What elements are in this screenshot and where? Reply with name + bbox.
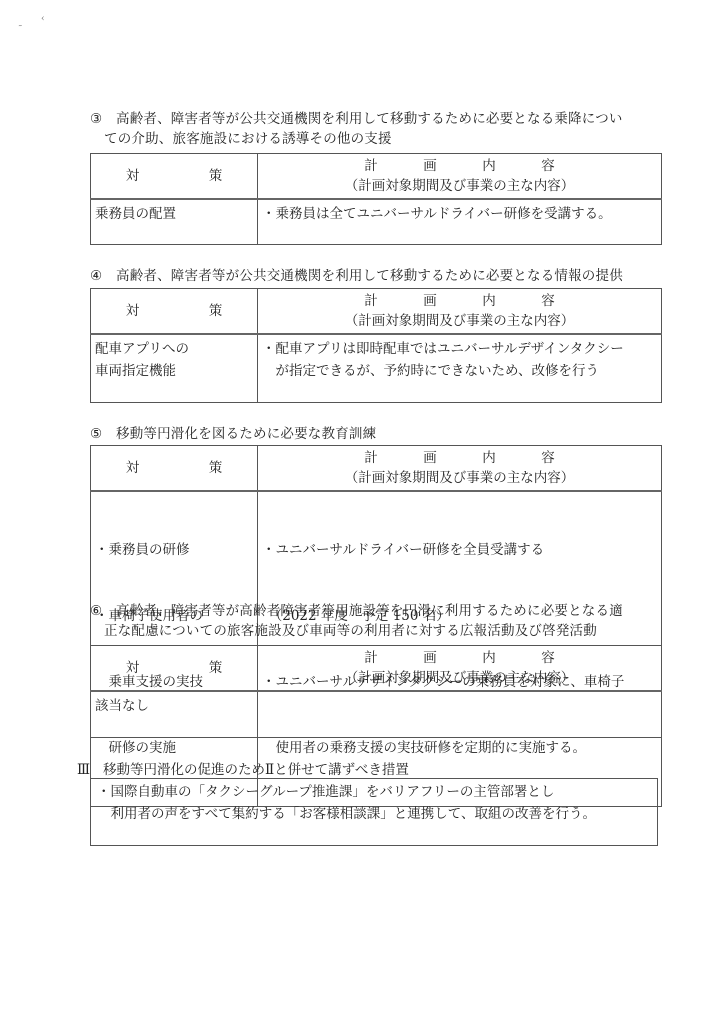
header-measure: 対 策 <box>91 154 258 200</box>
section-number: ④ <box>90 266 116 286</box>
section-iii-line: ・国際自動車の「タクシーグループ推進課」をバリアフリーの主管部署とし <box>97 781 651 803</box>
section-5-heading: ⑤移動等円滑化を図るために必要な教育訓練 <box>90 424 690 444</box>
section-4-table: 対 策 計 画 内 容 （計画対象期間及び事業の主な内容） 配車アプリへの 車両… <box>90 288 662 403</box>
section-number: ③ <box>90 109 116 129</box>
section-title-line1: 高齢者、障害者等が公共交通機関を利用して移動するために必要となる情報の提供 <box>116 268 623 284</box>
section-number: ⑥ <box>90 601 116 621</box>
section-3-table: 対 策 計 画 内 容 （計画対象期間及び事業の主な内容） 乗務員の配置 ・乗務… <box>90 153 662 245</box>
header-plan-content: 計 画 内 容 （計画対象期間及び事業の主な内容） <box>258 289 662 335</box>
content-cell: ・配車アプリは即時配車ではユニバーサルデザインタクシー が指定できるが、予約時に… <box>258 334 662 402</box>
header-plan-content: 計 画 内 容 （計画対象期間及び事業の主な内容） <box>258 154 662 200</box>
content-cell: ・乗務員は全てユニバーサルドライバー研修を受講する。 <box>258 199 662 244</box>
measure-cell: 配車アプリへの 車両指定機能 <box>91 334 258 402</box>
scan-artifact-mark: ˜ <box>18 25 23 35</box>
section-6-table: 対 策 計 画 内 容 （計画対象期間及び事業の主な内容） 該当なし <box>90 645 662 738</box>
section-iii-heading: Ⅲ移動等円滑化の促進のためⅡと併せて講ずべき措置 <box>77 760 409 780</box>
section-3-heading: ③高齢者、障害者等が公共交通機関を利用して移動するために必要となる乗降につい て… <box>90 109 690 149</box>
section-iii-box: ・国際自動車の「タクシーグループ推進課」をバリアフリーの主管部署とし 利用者の声… <box>90 778 658 846</box>
section-title-line1: 移動等円滑化を図るために必要な教育訓練 <box>116 426 376 442</box>
table-row: 該当なし <box>91 691 662 737</box>
section-title: 移動等円滑化の促進のためⅡと併せて講ずべき措置 <box>103 762 409 778</box>
content-cell <box>258 691 662 737</box>
section-6-heading: ⑥高齢者、障害者等が高齢者障害者等用施設等を円滑に利用するために必要となる適 正… <box>90 601 690 641</box>
table-row: 配車アプリへの 車両指定機能 ・配車アプリは即時配車ではユニバーサルデザインタク… <box>91 334 662 402</box>
section-4-heading: ④高齢者、障害者等が公共交通機関を利用して移動するために必要となる情報の提供 <box>90 266 690 286</box>
header-plan-content: 計 画 内 容 （計画対象期間及び事業の主な内容） <box>258 446 662 492</box>
section-title-line1: 高齢者、障害者等が高齢者障害者等用施設等を円滑に利用するために必要となる適 <box>116 603 623 619</box>
section-number: Ⅲ <box>77 760 103 780</box>
header-measure: 対 策 <box>91 289 258 335</box>
section-title-line2: ての介助、旅客施設における誘導その他の支援 <box>90 129 690 149</box>
header-plan-content: 計 画 内 容 （計画対象期間及び事業の主な内容） <box>258 646 662 692</box>
section-number: ⑤ <box>90 424 116 444</box>
measure-cell: 乗務員の配置 <box>91 199 258 244</box>
scan-artifact-mark: ‹ <box>41 14 45 24</box>
measure-cell: 該当なし <box>91 691 258 737</box>
section-title-line1: 高齢者、障害者等が公共交通機関を利用して移動するために必要となる乗降につい <box>116 111 623 127</box>
table-row: 乗務員の配置 ・乗務員は全てユニバーサルドライバー研修を受講する。 <box>91 199 662 244</box>
section-iii-line: 利用者の声をすべて集約する「お客様相談課」と連携して、取組の改善を行う。 <box>97 803 651 825</box>
header-measure: 対 策 <box>91 446 258 492</box>
header-measure: 対 策 <box>91 646 258 692</box>
section-title-line2: 正な配慮についての旅客施設及び車両等の利用者に対する広報活動及び啓発活動 <box>90 621 690 641</box>
